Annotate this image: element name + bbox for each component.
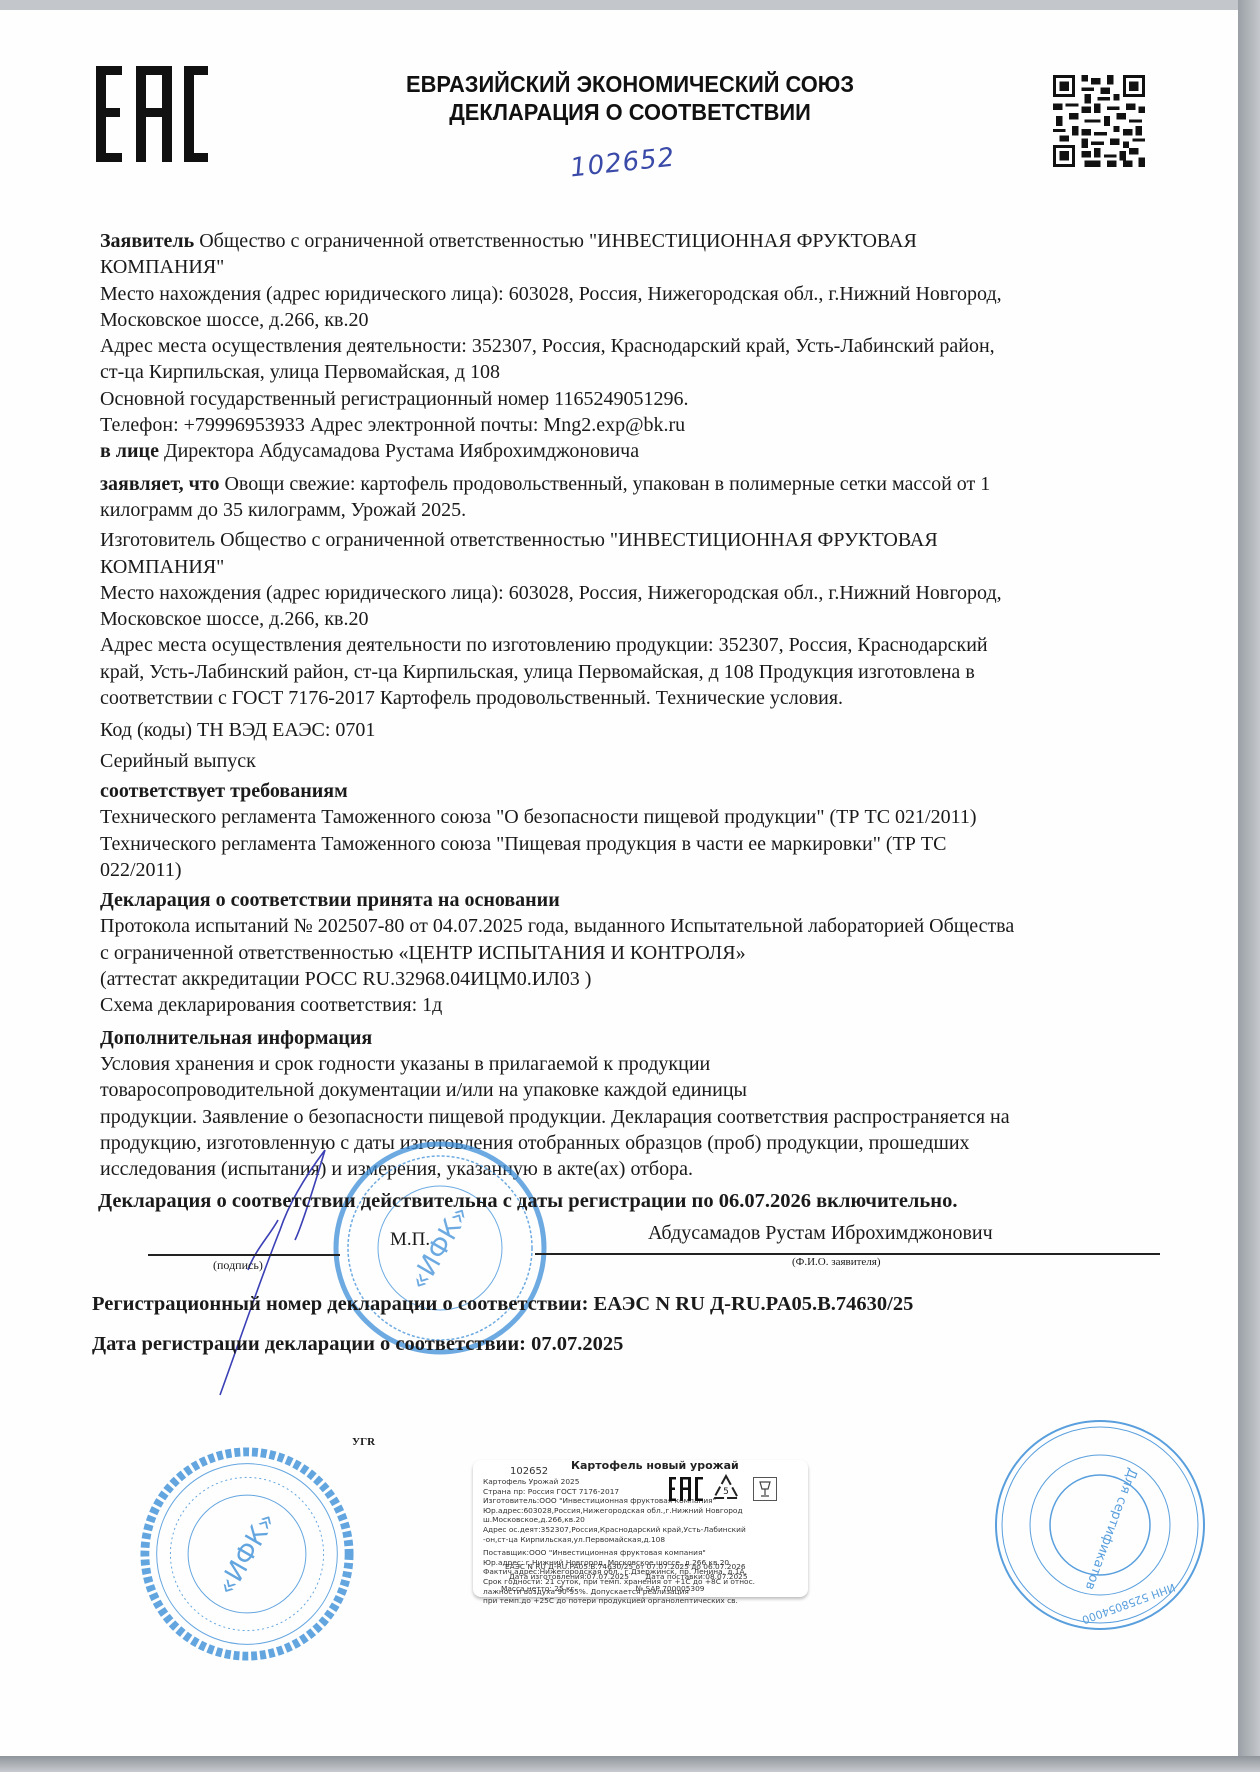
- signature-line: [148, 1254, 340, 1256]
- requirement-3: 022/2011): [100, 857, 1150, 883]
- svg-text:«ИФК»: «ИФК»: [211, 1507, 282, 1600]
- manufacturer-legal-address-1: Место нахождения (адрес юридического лиц…: [100, 580, 1150, 606]
- svg-text:Для сертификатов: Для сертификатов: [1082, 1466, 1140, 1592]
- manufacturer-production-3: соответствии с ГОСТ 7176-2017 Картофель …: [100, 685, 1150, 711]
- signature-caption: (подпись): [213, 1258, 263, 1273]
- product-line1: заявляет, что Овощи свежие: картофель пр…: [100, 471, 1150, 497]
- label-number: 102652: [510, 1467, 548, 1477]
- requirements-heading: соответствует требованиям: [100, 778, 1150, 804]
- eac-icon: [669, 1477, 703, 1501]
- additional-line3: продукции. Заявление о безопасности пище…: [100, 1104, 1150, 1130]
- label-title: Картофель новый урожай: [571, 1461, 739, 1471]
- scan-edge-top: [0, 0, 1238, 10]
- validity-statement: Декларация о соответствии действительна …: [98, 1190, 957, 1213]
- applicant-name-line2: КОМПАНИЯ": [100, 254, 1150, 280]
- requirement-2: Технического регламента Таможенного союз…: [100, 831, 1150, 857]
- company-stamp-left: «ИФК»: [137, 1446, 357, 1662]
- manufacturer-legal-address-2: Московское шоссе, д.266, кв.20: [100, 606, 1150, 632]
- registration-date: Дата регистрации декларации о соответств…: [92, 1333, 623, 1356]
- signer-name: Абдусамадов Рустам Иброхимджонович: [648, 1222, 993, 1245]
- company-stamp-right: Для сертификатов ИНН 5258054000: [990, 1415, 1210, 1635]
- applicant-label: Заявитель: [100, 230, 194, 252]
- applicant-contacts: Телефон: +79996953933 Адрес электронной …: [100, 412, 1150, 438]
- svg-text:5: 5: [723, 1487, 729, 1497]
- eac-logo-icon: [96, 66, 208, 162]
- name-line: [535, 1253, 1160, 1255]
- applicant-ogrn: Основной государственный регистрационный…: [100, 386, 1150, 412]
- stamp-place-label: М.П.: [390, 1229, 430, 1251]
- food-safe-glass-icon: [753, 1477, 777, 1501]
- product-line2: килограмм до 35 килограмм, Урожай 2025.: [100, 497, 1150, 523]
- applicant-legal-address-1: Место нахождения (адрес юридического лиц…: [100, 281, 1150, 307]
- requirement-1: Технического регламента Таможенного союз…: [100, 804, 1150, 830]
- applicant-activity-address-1: Адрес места осуществления деятельности: …: [100, 333, 1150, 359]
- basis-heading: Декларация о соответствии принята на осн…: [100, 887, 1150, 913]
- manufacturer-name-2: КОМПАНИЯ": [100, 554, 1150, 580]
- product-label: 102652 Картофель новый урожай Картофель …: [473, 1460, 808, 1597]
- applicant-representative: в лице Директора Абдусамадова Рустама Ия…: [100, 438, 1150, 464]
- basis-line1: Протокола испытаний № 202507-80 от 04.07…: [100, 913, 1150, 939]
- applicant-name-line1: Заявитель Общество с ограниченной ответс…: [100, 228, 1150, 254]
- additional-line2: товаросопроводительной документации и/ил…: [100, 1077, 1150, 1103]
- registration-number: Регистрационный номер декларации о соотв…: [92, 1293, 913, 1316]
- recycle-icon: 5: [711, 1474, 741, 1502]
- release-type: Серийный выпуск: [100, 748, 1150, 774]
- declares-label: заявляет, что: [100, 473, 219, 495]
- qr-code-icon[interactable]: [1053, 75, 1145, 167]
- basis-line3: (аттестат аккредитации РОСС RU.32968.04И…: [100, 966, 1150, 992]
- scan-edge-right: [1238, 0, 1260, 1772]
- manufacturer-production-1: Адрес места осуществления деятельности п…: [100, 632, 1150, 658]
- applicant-activity-address-2: ст-ца Кирпильская, улица Первомайская, д…: [100, 359, 1150, 385]
- declaration-scheme: Схема декларирования соответствия: 1д: [100, 992, 1150, 1018]
- title-union: ЕВРАЗИЙСКИЙ ЭКОНОМИЧЕСКИЙ СОЮЗ: [317, 70, 944, 98]
- manufacturer-name-1: Изготовитель Общество с ограниченной отв…: [100, 527, 1150, 553]
- additional-heading: Дополнительная информация: [100, 1025, 1150, 1051]
- additional-line1: Условия хранения и срок годности указаны…: [100, 1051, 1150, 1077]
- handwritten-signature: [160, 1140, 380, 1400]
- tnved-code: Код (коды) ТН ВЭД ЕАЭС: 0701: [100, 717, 1150, 743]
- document-title: ЕВРАЗИЙСКИЙ ЭКОНОМИЧЕСКИЙ СОЮЗ ДЕКЛАРАЦИ…: [317, 70, 944, 126]
- title-declaration: ДЕКЛАРАЦИЯ О СООТВЕТСТВИИ: [317, 98, 944, 126]
- basis-line2: с ограниченной ответственностью «ЦЕНТР И…: [100, 940, 1150, 966]
- applicant-legal-address-2: Московское шоссе, д.266, кв.20: [100, 307, 1150, 333]
- scan-edge-bottom: [0, 1756, 1260, 1772]
- name-caption: (Ф.И.О. заявителя): [792, 1256, 881, 1268]
- manufacturer-production-2: край, Усть-Лабинский район, ст-ца Кирпил…: [100, 659, 1150, 685]
- label-registration-info: ЕАЭС N RU Д-RU.PA05.B.74630/25 от 07.07.…: [483, 1562, 748, 1594]
- declaration-body: Заявитель Общество с ограниченной ответс…: [100, 228, 1150, 1182]
